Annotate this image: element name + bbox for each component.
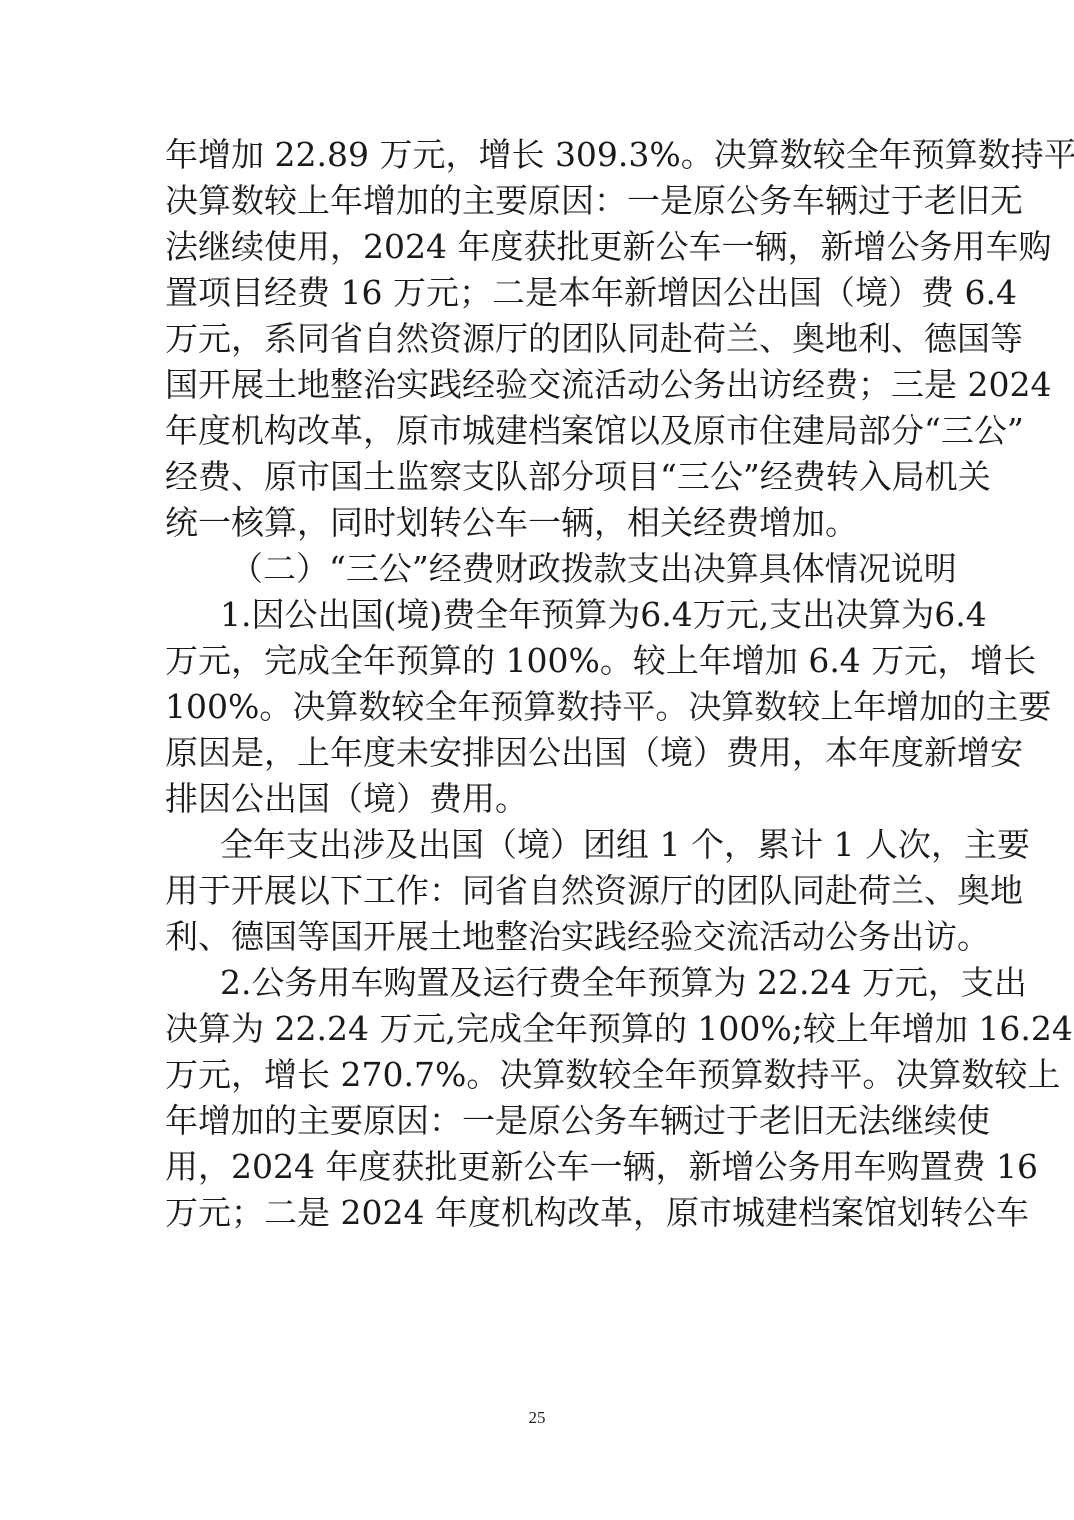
text-line: 统一核算，同时划转公车一辆，相关经费增加。 [165,500,911,546]
text-line: 原因是，上年度未安排因公出国（境）费用，本年度新增安 [165,730,911,776]
paragraph-start: 1.因公出国(境)费全年预算为6.4万元,支出决算为6.4 [220,592,911,638]
paragraph-start: 2.公务用车购置及运行费全年预算为 22.24 万元，支出 [220,960,911,1006]
text-line: 用，2024 年度获批更新公车一辆，新增公务用车购置费 16 [165,1144,911,1190]
text-line: 国开展土地整治实践经验交流活动公务出访经费；三是 2024 [165,362,911,408]
text-line: 排因公出国（境）费用。 [165,776,911,822]
document-page: 年增加 22.89 万元，增长 309.3%。决算数较全年预算数持平。 决算数较… [0,0,1074,1520]
text-line: 年增加 22.89 万元，增长 309.3%。决算数较全年预算数持平。 [165,132,911,178]
text-line: 经费、原市国土监察支队部分项目“三公”经费转入局机关 [165,454,911,500]
text-line: 万元；二是 2024 年度机构改革，原市城建档案馆划转公车 [165,1190,911,1236]
text-line: 年增加的主要原因：一是原公务车辆过于老旧无法继续使 [165,1098,911,1144]
text-line: 100%。决算数较全年预算数持平。决算数较上年增加的主要 [165,684,911,730]
text-line: 法继续使用，2024 年度获批更新公车一辆，新增公务用车购 [165,224,911,270]
section-heading: （二）“三公”经费财政拨款支出决算具体情况说明 [230,546,885,592]
paragraph-start: 全年支出涉及出国（境）团组 1 个，累计 1 人次，主要 [220,822,911,868]
text-line: 利、德国等国开展土地整治实践经验交流活动公务出访。 [165,914,911,960]
text-line: 决算数较上年增加的主要原因：一是原公务车辆过于老旧无 [165,178,911,224]
text-line: 置项目经费 16 万元；二是本年新增因公出国（境）费 6.4 [165,270,911,316]
text-line: 万元，增长 270.7%。决算数较全年预算数持平。决算数较上 [165,1052,911,1098]
text-line: 年度机构改革，原市城建档案馆以及原市住建局部分“三公” [165,408,911,454]
text-line: 万元，完成全年预算的 100%。较上年增加 6.4 万元，增长 [165,638,911,684]
page-number: 25 [0,1408,1074,1428]
text-line: 决算为 22.24 万元,完成全年预算的 100%;较上年增加 16.24 [165,1006,911,1052]
text-line: 用于开展以下工作：同省自然资源厅的团队同赴荷兰、奥地 [165,868,911,914]
text-line: 万元，系同省自然资源厅的团队同赴荷兰、奥地利、德国等 [165,316,911,362]
